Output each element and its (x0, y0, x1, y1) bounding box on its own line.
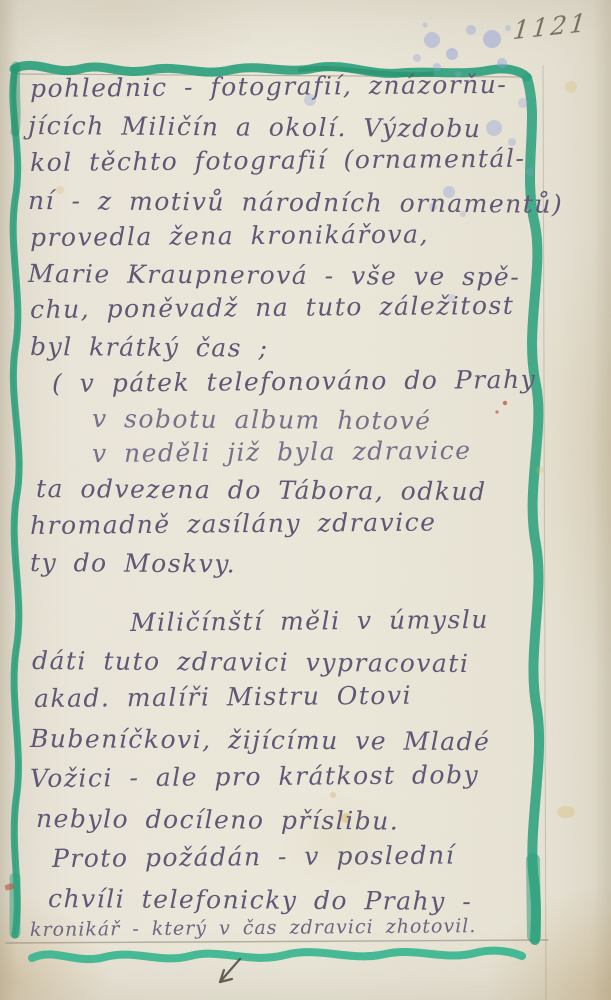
handwritten-line: ( v pátek telefonováno do Prahy (52, 365, 536, 398)
handwritten-line: Vožici - ale pro krátkost doby (30, 760, 479, 793)
handwritten-line: ta odvezena do Tábora, odkud (36, 474, 487, 506)
handwritten-line: Marie Kraupnerová - vše ve spě- (28, 259, 520, 291)
handwritten-line: kronikář - který v čas zdravici zhotovil… (30, 915, 477, 941)
manuscript-page: 1121 pohlednic - fotografií, znázorňu- j… (0, 0, 611, 1000)
handwritten-line: ní - z motivů národních ornamentů) (28, 186, 563, 219)
handwritten-line: Bubeníčkovi, žijícímu ve Mladé (30, 724, 491, 756)
handwritten-line: jících Miličín a okolí. Výzdobu (28, 111, 482, 143)
handwritten-line: nebylo docíleno příslibu. (36, 804, 399, 836)
handwritten-text-block: pohlednic - fotografií, znázorňu- jících… (0, 0, 611, 1000)
handwritten-line: kol těchto fotografií (ornamentál- (30, 144, 526, 177)
handwritten-line: chvíli telefonicky do Prahy - (48, 884, 472, 916)
handwritten-line: chu, poněvadž na tuto záležitost (30, 291, 515, 324)
handwritten-line: hromadně zasílány zdravice (30, 507, 437, 540)
handwritten-line: Proto požádán - v poslední (52, 840, 455, 873)
handwritten-line: ty do Moskvy. (30, 548, 236, 578)
handwritten-line: dáti tuto zdravici vypracovati (32, 646, 470, 678)
handwritten-line: byl krátký čas ; (30, 332, 269, 363)
handwritten-line: provedla žena kronikářova, (30, 220, 429, 252)
handwritten-line: v sobotu album hotové (92, 404, 432, 435)
handwritten-line: akad. malíři Mistru Otovi (34, 681, 412, 713)
handwritten-line: v neděli již byla zdravice (92, 436, 472, 468)
handwritten-line: pohlednic - fotografií, znázorňu- (30, 70, 508, 103)
handwritten-line: Miličínští měli v úmyslu (130, 605, 489, 637)
